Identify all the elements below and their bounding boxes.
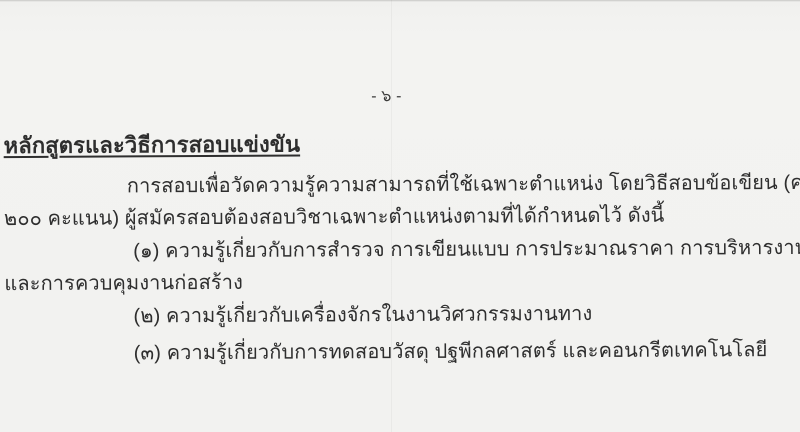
list-item-1: (๑) ความรู้เกี่ยวกับการสำรวจ การเขียนแบบ…: [133, 233, 800, 267]
paragraph-line-2: ๒๐๐ คะแนน) ผู้สมัครสอบต้องสอบวิชาเฉพาะตำ…: [4, 201, 665, 234]
document-content: - ๖ - หลักสูตรและวิธีการสอบแข่งขัน การสอ…: [0, 0, 800, 432]
scanned-document-page: - ๖ - หลักสูตรและวิธีการสอบแข่งขัน การสอ…: [0, 0, 800, 432]
list-item-2: (๒) ความรู้เกี่ยวกับเครื่องจักรในงานวิศว…: [133, 299, 592, 331]
paragraph-line-1: การสอบเพื่อวัดความรู้ความสามารถที่ใช้เฉพ…: [127, 167, 800, 201]
list-item-3: (๓) ความรู้เกี่ยวกับการทดสอบวัสดุ ปฐพีกล…: [134, 335, 768, 368]
section-heading: หลักสูตรและวิธีการสอบแข่งขัน: [4, 130, 301, 162]
page-number: - ๖ -: [351, 82, 421, 112]
list-item-1-continuation: และการควบคุมงานก่อสร้าง: [4, 268, 243, 299]
